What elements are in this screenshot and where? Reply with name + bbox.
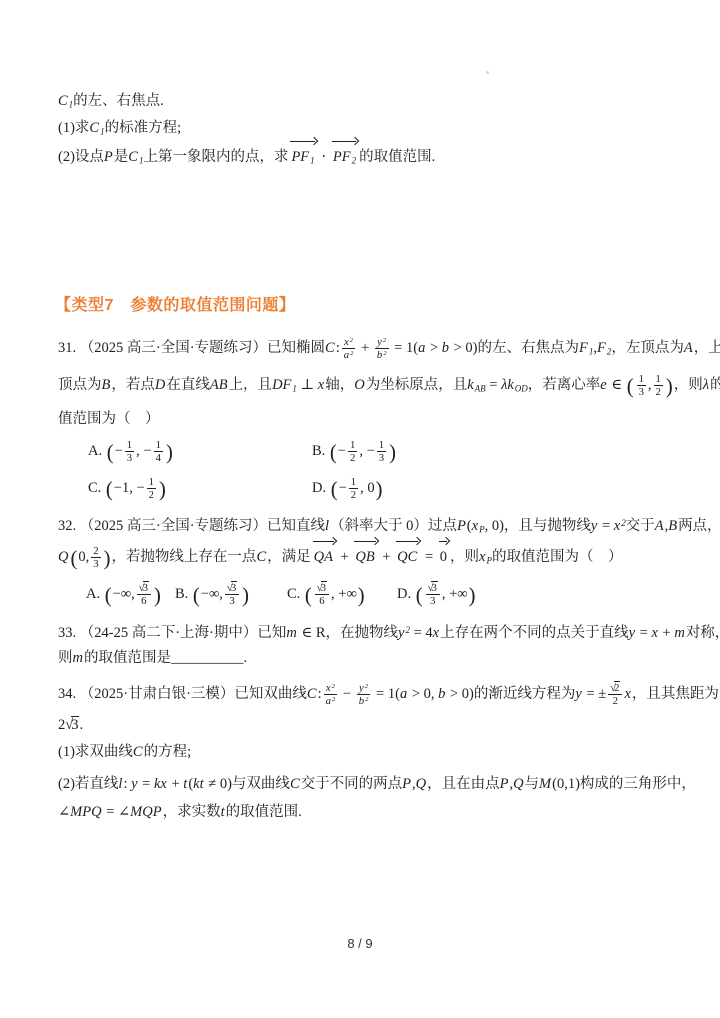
subscript: 1 — [310, 156, 315, 166]
math-var: x — [433, 625, 440, 641]
text-run: 的标准方程; — [105, 120, 182, 136]
math-var: P — [402, 776, 412, 792]
text-run: 上存在两个不同的点关于直线 — [440, 625, 629, 641]
fraction: 13 — [125, 439, 134, 464]
text-run: 在直线 — [166, 377, 210, 393]
page-number-text: 8 / 9 — [347, 936, 372, 951]
math-var: x — [472, 518, 479, 534]
big-paren: ) — [389, 443, 396, 464]
q31-line-2: 顶点为B，若点D在直线AB上，且DF1 ⊥ x轴，O为坐标原点，且kAB = λ… — [58, 370, 720, 400]
superscript: 2 — [350, 350, 353, 357]
math-var: C — [290, 776, 301, 792]
text-run: 2 — [656, 386, 661, 398]
math-var: kx — [154, 776, 168, 792]
fraction: y2b2 — [375, 336, 389, 361]
text-run: 3 — [430, 595, 435, 607]
fraction: 13 — [637, 373, 646, 398]
text-run: 31. （2025 高三·全国·专题练习）已知椭圆 — [58, 340, 325, 356]
q32-line-1: 32. （2025 高三·全国·专题练习）已知直线l（斜率大于 0）过点P(xP… — [58, 508, 720, 538]
text-run: 1 — [351, 476, 356, 488]
text-run: 上，且 — [229, 377, 273, 393]
math-var: a — [400, 686, 408, 702]
text-run: , − — [136, 443, 151, 459]
vector: QB — [354, 542, 376, 572]
math-var: y — [575, 686, 582, 702]
text-run: A. — [86, 586, 104, 602]
scan-artifact-dot — [486, 71, 489, 74]
text-run: : — [123, 776, 131, 792]
superscript: 2 — [350, 337, 353, 344]
big-paren: ( — [107, 443, 114, 464]
math-var: e — [600, 377, 607, 393]
fraction: 12 — [349, 476, 358, 501]
text-run: 的取值范围. — [226, 804, 302, 820]
text-run: (2)设点 — [58, 149, 104, 165]
q32-option-d: D. (√33, +∞) — [397, 579, 476, 609]
text-run: ⊥ — [297, 377, 318, 393]
text-run: D. — [397, 586, 415, 602]
q34-line-5: ∠MPQ = ∠MQP，求实数t的取值范围. — [58, 797, 302, 827]
math-var: k — [467, 377, 474, 393]
math-var: C — [256, 549, 267, 565]
text-run: 2 — [613, 695, 618, 707]
math-var: m — [674, 625, 685, 641]
math-var: x — [651, 625, 658, 641]
text-run: ≠ 0)与双曲线 — [205, 776, 290, 792]
text-run: 顶点为 — [58, 377, 102, 393]
text-run: , +∞ — [331, 586, 357, 602]
text-run: = — [636, 625, 651, 641]
text-run: −1, − — [114, 480, 145, 496]
superscript: 2 — [383, 350, 386, 357]
section-heading: 【类型7 参数的取值范围问题】 — [55, 291, 295, 321]
subscript: AB — [475, 384, 486, 394]
text-run: 1 — [639, 373, 644, 385]
fraction: √33 — [426, 582, 440, 607]
math-var: F — [597, 340, 607, 356]
big-paren: ( — [106, 480, 113, 501]
fraction: 12 — [147, 476, 156, 501]
q31-option-a: A. (−13, −14) — [88, 436, 174, 466]
text-run: − — [339, 480, 347, 496]
fraction: x2a2 — [342, 336, 356, 361]
text-run: + — [659, 625, 674, 641]
big-paren: ) — [104, 549, 111, 570]
math-var: kt — [193, 776, 204, 792]
text-run: 【类型7 参数的取值范围问题】 — [55, 297, 295, 314]
math-var: λ — [703, 377, 710, 393]
fraction: 12 — [348, 439, 357, 464]
q32-line-2: Q(0,23)，若抛物线上存在一点C，满足QA + QB + QC = 0，则x… — [58, 542, 622, 572]
text-run: , 0 — [360, 480, 375, 496]
vector: QC — [396, 542, 419, 572]
text-run: −∞, — [201, 586, 223, 602]
q33-line-1: 33. （24-25 高二下·上海·期中）已知m ∈ R，在抛物线y2 = 4x… — [58, 615, 720, 645]
q31-option-c: C. (−1, −12) — [88, 473, 167, 503]
math-var: x — [624, 686, 631, 702]
math-var: C — [128, 149, 139, 165]
text-run: 32. （2025 高三·全国·专题练习）已知直线 — [58, 518, 325, 534]
math-var: C — [133, 744, 144, 760]
text-run: , 0)，且与抛物线 — [485, 518, 591, 534]
q32-option-a: A. (−∞,√36) — [86, 579, 162, 609]
text-run: (1)求 — [58, 120, 89, 136]
sqrt: √3 — [428, 582, 438, 594]
text-run: ，若离心率 — [528, 377, 601, 393]
text-run: 的取值范围是__________. — [84, 650, 247, 666]
math-var: PF — [291, 149, 310, 165]
math-var: MQP — [130, 804, 162, 820]
carryover-line-foci: C1的左、右焦点. — [58, 86, 164, 116]
vector: PF1 — [290, 142, 315, 176]
big-paren: ) — [666, 377, 673, 398]
q32-option-c: C. (√36, +∞) — [287, 579, 366, 609]
big-paren: ( — [416, 586, 423, 607]
text-run: 上第一象限内的点，求 — [143, 149, 288, 165]
big-paren: ) — [154, 586, 161, 607]
text-run: B. — [312, 443, 329, 459]
vector: QA — [313, 542, 335, 572]
text-run: + — [357, 340, 372, 356]
text-run: 4 — [156, 452, 161, 464]
subscript: 2 — [352, 156, 357, 166]
math-var: QC — [397, 549, 418, 565]
text-run: 2 — [149, 489, 154, 501]
math-var: m — [286, 625, 297, 641]
text-run: 2 — [93, 545, 98, 557]
text-run: 两点， — [678, 518, 720, 534]
text-run: , − — [359, 443, 374, 459]
q34-part-2: (2)若直线l: y = kx + t(kt ≠ 0)与双曲线C交于不同的两点P… — [58, 769, 696, 799]
text-run: （斜率大于 0）过点 — [330, 518, 457, 534]
text-run: ，若点 — [111, 377, 155, 393]
fraction: √22 — [608, 682, 622, 707]
q31-option-b: B. (−12, −13) — [312, 436, 397, 466]
text-run: 值范围为（ ） — [58, 411, 160, 427]
text-run: ( — [467, 518, 472, 534]
text-run: ，则 — [450, 549, 479, 565]
fraction: 13 — [377, 439, 386, 464]
text-run: = ∠ — [103, 804, 131, 820]
superscript: 2 — [383, 337, 386, 344]
text-run: ，则 — [674, 377, 703, 393]
text-run: 的左、右焦点. — [73, 93, 164, 109]
text-run: ，上 — [694, 340, 720, 356]
text-run: 交于不同的两点 — [301, 776, 403, 792]
text-run: . — [79, 717, 83, 733]
big-paren: ( — [70, 549, 77, 570]
text-run: ⋅ — [318, 149, 330, 165]
big-paren: ( — [330, 443, 337, 464]
math-var: AB — [210, 377, 229, 393]
text-run: , — [648, 377, 652, 393]
text-run: (0,1)构成的三角形中， — [552, 776, 696, 792]
math-var: Q — [416, 776, 427, 792]
text-run: 3 — [639, 386, 644, 398]
big-paren: ( — [105, 586, 112, 607]
vector: 0 — [439, 542, 448, 572]
text-run: > 0)的左、右焦点为 — [450, 340, 579, 356]
text-run: = — [421, 549, 436, 565]
text-run: 3 — [379, 452, 384, 464]
text-run: 为坐标原点，且 — [366, 377, 468, 393]
text-run: > 0, — [408, 686, 438, 702]
superscript: 2 — [332, 696, 335, 703]
math-var: F — [579, 340, 589, 356]
math-var: b — [442, 340, 450, 356]
text-run: ，满足 — [267, 549, 311, 565]
subscript: OD — [515, 384, 528, 394]
text-run: 的取值范围为（ ） — [492, 549, 623, 565]
text-run: 34. （2025·甘肃白银·三模）已知双曲线 — [58, 686, 307, 702]
math-var: P — [457, 518, 467, 534]
text-run: 0 — [440, 549, 447, 565]
text-run: = 1( — [391, 340, 419, 356]
q31-line-1: 31. （2025 高三·全国·专题练习）已知椭圆C:x2a2 + y2b2 =… — [58, 333, 720, 363]
text-run: ，求实数 — [163, 804, 221, 820]
big-paren: ( — [193, 586, 200, 607]
text-run: C. — [88, 480, 105, 496]
text-run: − — [115, 443, 123, 459]
q33-line-2: 则m的取值范围是__________. — [58, 643, 247, 673]
text-run: : — [318, 686, 322, 702]
text-run: 轴， — [325, 377, 354, 393]
text-run: > 0)的渐近线方程为 — [446, 686, 575, 702]
text-run: ，若抛物线上存在一点 — [111, 549, 256, 565]
text-run: 2 — [351, 489, 356, 501]
vector: PF2 — [332, 142, 357, 176]
text-run: 3 — [229, 595, 234, 607]
text-run: + — [337, 549, 352, 565]
math-var: λk — [501, 377, 515, 393]
text-run: 1 — [149, 476, 154, 488]
sqrt: √3 — [65, 717, 79, 733]
fraction: 12 — [654, 373, 663, 398]
page-number: 8 / 9 — [0, 929, 720, 959]
q32-option-b: B. (−∞,√33) — [175, 579, 250, 609]
text-run: − — [338, 443, 346, 459]
math-var: C — [89, 120, 100, 136]
text-run: 的取值范围. — [359, 149, 435, 165]
text-run: + — [168, 776, 183, 792]
sqrt: √3 — [139, 582, 149, 594]
fraction: √36 — [137, 582, 151, 607]
text-run: = — [139, 776, 154, 792]
q34-line-2: 2√3. — [58, 710, 83, 740]
text-run: 与 — [525, 776, 540, 792]
sqrt: √2 — [610, 682, 620, 694]
carryover-part-1: (1)求C1的标准方程; — [58, 113, 181, 143]
text-run: 6 — [319, 595, 324, 607]
text-run: > — [426, 340, 441, 356]
superscript: 2 — [365, 696, 368, 703]
fraction: 23 — [91, 545, 100, 570]
carryover-part-2: (2)设点P是C1上第一象限内的点，求PF1 ⋅ PF2的取值范围. — [58, 142, 435, 172]
text-run: B. — [175, 586, 192, 602]
text-run: −∞, — [113, 586, 135, 602]
big-paren: ) — [159, 480, 166, 501]
text-run: , +∞ — [442, 586, 468, 602]
text-run: ，且在由点 — [427, 776, 500, 792]
math-var: A — [684, 340, 694, 356]
math-var: B — [668, 518, 678, 534]
text-run: : — [336, 340, 340, 356]
text-run: = 4 — [410, 625, 433, 641]
fraction: y2b2 — [357, 682, 371, 707]
math-var: P — [500, 776, 510, 792]
text-run: 对称， — [686, 625, 720, 641]
big-paren: ) — [166, 443, 173, 464]
math-var: y — [131, 776, 138, 792]
text-run: C. — [287, 586, 304, 602]
text-run: D. — [312, 480, 330, 496]
fraction: x2a2 — [324, 682, 338, 707]
math-var: A — [655, 518, 665, 534]
text-run: 2 — [350, 452, 355, 464]
text-run: A. — [88, 443, 106, 459]
text-run: (1)求双曲线 — [58, 744, 133, 760]
text-run: 的方程; — [144, 744, 192, 760]
text-run: + — [379, 549, 394, 565]
math-var: C — [307, 686, 318, 702]
q31-option-d: D. (−12, 0) — [312, 473, 384, 503]
math-var: y — [629, 625, 636, 641]
text-run: = ± — [583, 686, 606, 702]
math-var: m — [73, 650, 84, 666]
text-run: 的取 — [710, 377, 720, 393]
text-run: 3 — [127, 452, 132, 464]
text-run: 0, — [78, 549, 89, 565]
text-run: ，且其焦距为 — [632, 686, 719, 702]
math-var: M — [539, 776, 552, 792]
text-run: 则 — [58, 650, 73, 666]
text-run: 是 — [114, 149, 129, 165]
math-var: DF — [272, 377, 292, 393]
text-run: = — [486, 377, 501, 393]
text-run: 1 — [379, 439, 384, 451]
big-paren: ( — [305, 586, 312, 607]
text-run: 1 — [350, 439, 355, 451]
math-var: Q — [513, 776, 524, 792]
text-run: − — [339, 686, 354, 702]
document-page: C1的左、右焦点.(1)求C1的标准方程;(2)设点P是C1上第一象限内的点，求… — [0, 0, 720, 1018]
fraction: 14 — [154, 439, 163, 464]
text-run: 交于 — [626, 518, 655, 534]
text-run: ∈ R，在抛物线 — [298, 625, 398, 641]
math-var: QA — [314, 549, 334, 565]
big-paren: ) — [376, 480, 383, 501]
math-var: MPQ — [70, 804, 102, 820]
text-run: 1 — [156, 439, 161, 451]
text-run: 1 — [127, 439, 132, 451]
text-run: = 1( — [372, 686, 400, 702]
superscript: 2 — [365, 683, 368, 690]
fraction: √33 — [225, 582, 239, 607]
big-paren: ( — [627, 377, 634, 398]
math-var: C — [58, 93, 69, 109]
text-run: ∠ — [58, 804, 70, 820]
big-paren: ) — [242, 586, 249, 607]
text-run: 3 — [93, 558, 98, 570]
math-var: B — [102, 377, 112, 393]
math-var: C — [325, 340, 336, 356]
text-run: 6 — [141, 595, 146, 607]
q34-line-1: 34. （2025·甘肃白银·三模）已知双曲线C:x2a2 − y2b2 = 1… — [58, 679, 719, 709]
text-run: 33. （24-25 高二下·上海·期中）已知 — [58, 625, 286, 641]
math-var: QB — [355, 549, 375, 565]
superscript: 2 — [332, 683, 335, 690]
q31-line-3: 值范围为（ ） — [58, 404, 160, 434]
text-run: = — [598, 518, 613, 534]
math-var: O — [354, 377, 365, 393]
math-var: Q — [58, 549, 69, 565]
q34-part-1: (1)求双曲线C的方程; — [58, 737, 191, 767]
big-paren: ( — [331, 480, 338, 501]
math-var: D — [155, 377, 166, 393]
text-run: 1 — [656, 373, 661, 385]
big-paren: ) — [469, 586, 476, 607]
text-run: ，左顶点为 — [611, 340, 684, 356]
big-paren: ) — [358, 586, 365, 607]
math-var: P — [104, 149, 114, 165]
sqrt: √3 — [317, 582, 327, 594]
math-var: PF — [333, 149, 352, 165]
text-run: ∈ — [608, 377, 626, 393]
text-run: (2)若直线 — [58, 776, 118, 792]
fraction: √36 — [315, 582, 329, 607]
sqrt: √3 — [227, 582, 237, 594]
